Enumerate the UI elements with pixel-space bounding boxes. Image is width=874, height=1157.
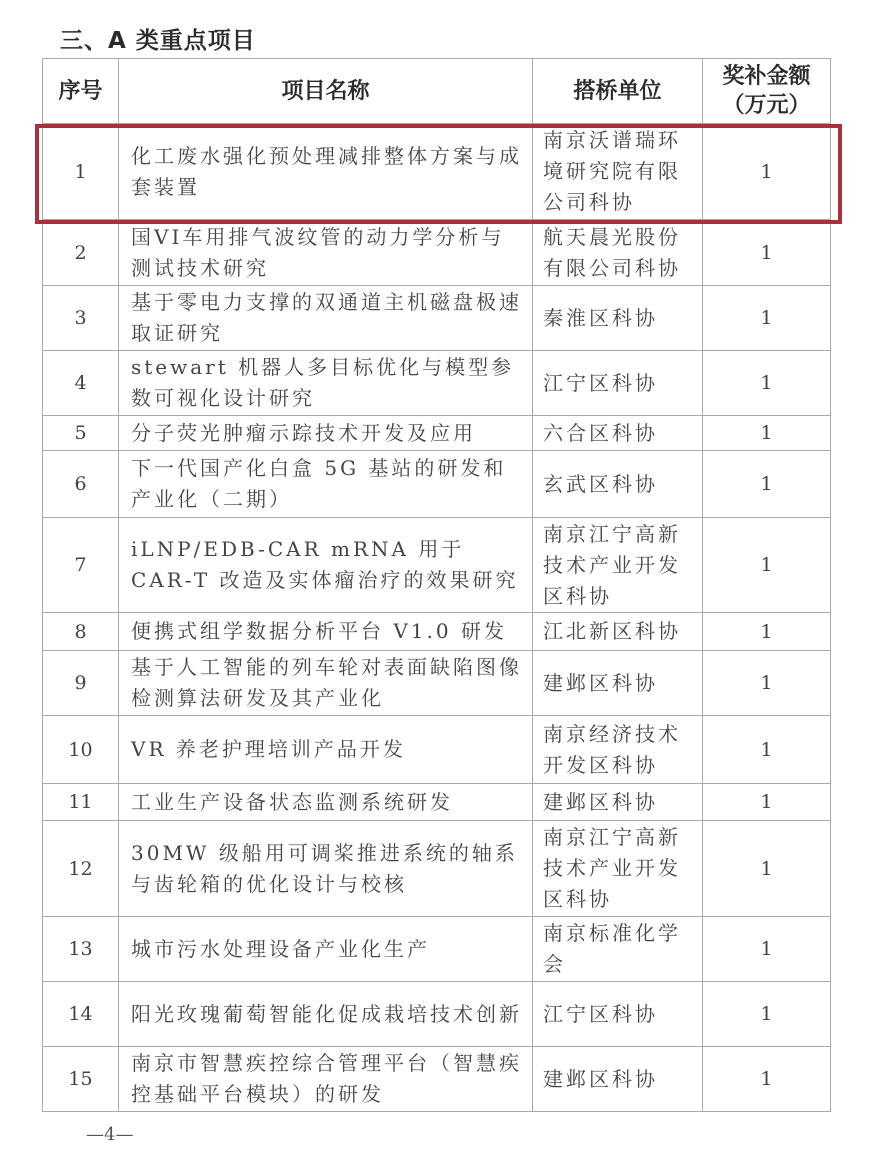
cell-amount: 1 (703, 451, 831, 518)
cell-bridge-unit: 建邺区科协 (533, 784, 703, 821)
cell-bridge-unit: 江北新区科协 (533, 613, 703, 651)
cell-project-name: 便携式组学数据分析平台 V1.0 研发 (119, 613, 533, 651)
cell-amount: 1 (703, 220, 831, 286)
cell-project-name: 城市污水处理设备产业化生产 (119, 917, 533, 982)
cell-index: 9 (43, 651, 119, 716)
header-amount-line1: 奖补金额 (703, 62, 830, 91)
cell-index: 10 (43, 716, 119, 784)
cell-project-name: 工业生产设备状态监测系统研发 (119, 784, 533, 821)
cell-project-name: VR 养老护理培训产品开发 (119, 716, 533, 784)
cell-amount: 1 (703, 917, 831, 982)
cell-project-name: 30MW 级船用可调桨推进系统的轴系与齿轮箱的优化设计与校核 (119, 821, 533, 917)
cell-amount: 1 (703, 613, 831, 651)
cell-amount: 1 (703, 821, 831, 917)
cell-index: 4 (43, 351, 119, 416)
table-row: 5分子荧光肿瘤示踪技术开发及应用六合区科协1 (43, 416, 831, 451)
table-row: 9基于人工智能的列车轮对表面缺陷图像检测算法研发及其产业化建邺区科协1 (43, 651, 831, 716)
cell-amount: 1 (703, 1047, 831, 1112)
cell-amount: 1 (703, 351, 831, 416)
table-row: 7iLNP/EDB-CAR mRNA 用于 CAR-T 改造及实体瘤治疗的效果研… (43, 518, 831, 613)
table-row: 2国VI车用排气波纹管的动力学分析与测试技术研究航天晨光股份有限公司科协1 (43, 220, 831, 286)
cell-index: 12 (43, 821, 119, 917)
cell-index: 14 (43, 982, 119, 1047)
cell-bridge-unit: 南京江宁高新技术产业开发区科协 (533, 518, 703, 613)
cell-bridge-unit: 江宁区科协 (533, 351, 703, 416)
table-row: 1化工废水强化预处理减排整体方案与成套装置南京沃谱瑞环境研究院有限公司科协1 (43, 124, 831, 220)
cell-bridge-unit: 秦淮区科协 (533, 286, 703, 351)
projects-table: 序号 项目名称 搭桥单位 奖补金额 （万元） 1化工废水强化预处理减排整体方案与… (42, 58, 831, 1112)
cell-bridge-unit: 南京沃谱瑞环境研究院有限公司科协 (533, 124, 703, 220)
cell-amount: 1 (703, 784, 831, 821)
page-number: —4— (86, 1124, 133, 1145)
cell-project-name: 国VI车用排气波纹管的动力学分析与测试技术研究 (119, 220, 533, 286)
cell-bridge-unit: 南京经济技术开发区科协 (533, 716, 703, 784)
cell-index: 3 (43, 286, 119, 351)
cell-project-name: 化工废水强化预处理减排整体方案与成套装置 (119, 124, 533, 220)
table-row: 1230MW 级船用可调桨推进系统的轴系与齿轮箱的优化设计与校核南京江宁高新技术… (43, 821, 831, 917)
cell-index: 2 (43, 220, 119, 286)
cell-project-name: 阳光玫瑰葡萄智能化促成栽培技术创新 (119, 982, 533, 1047)
cell-index: 15 (43, 1047, 119, 1112)
cell-bridge-unit: 南京标准化学会 (533, 917, 703, 982)
cell-bridge-unit: 六合区科协 (533, 416, 703, 451)
table-row: 3基于零电力支撑的双通道主机磁盘极速取证研究秦淮区科协1 (43, 286, 831, 351)
cell-bridge-unit: 航天晨光股份有限公司科协 (533, 220, 703, 286)
header-amount: 奖补金额 （万元） (703, 59, 831, 124)
table-row: 15南京市智慧疾控综合管理平台（智慧疾控基础平台模块）的研发建邺区科协1 (43, 1047, 831, 1112)
cell-index: 7 (43, 518, 119, 613)
cell-bridge-unit: 南京江宁高新技术产业开发区科协 (533, 821, 703, 917)
table-row: 10VR 养老护理培训产品开发南京经济技术开发区科协1 (43, 716, 831, 784)
table-row: 4stewart 机器人多目标优化与模型参数可视化设计研究江宁区科协1 (43, 351, 831, 416)
cell-amount: 1 (703, 716, 831, 784)
cell-amount: 1 (703, 518, 831, 613)
cell-index: 6 (43, 451, 119, 518)
cell-bridge-unit: 玄武区科协 (533, 451, 703, 518)
cell-bridge-unit: 江宁区科协 (533, 982, 703, 1047)
header-name: 项目名称 (119, 59, 533, 124)
cell-bridge-unit: 建邺区科协 (533, 651, 703, 716)
cell-index: 13 (43, 917, 119, 982)
cell-project-name: 南京市智慧疾控综合管理平台（智慧疾控基础平台模块）的研发 (119, 1047, 533, 1112)
table-row: 8便携式组学数据分析平台 V1.0 研发江北新区科协1 (43, 613, 831, 651)
cell-project-name: 基于人工智能的列车轮对表面缺陷图像检测算法研发及其产业化 (119, 651, 533, 716)
cell-index: 5 (43, 416, 119, 451)
cell-amount: 1 (703, 124, 831, 220)
cell-amount: 1 (703, 416, 831, 451)
cell-amount: 1 (703, 651, 831, 716)
table-header-row: 序号 项目名称 搭桥单位 奖补金额 （万元） (43, 59, 831, 124)
header-amount-line2: （万元） (703, 91, 830, 120)
cell-project-name: iLNP/EDB-CAR mRNA 用于 CAR-T 改造及实体瘤治疗的效果研究 (119, 518, 533, 613)
cell-project-name: 下一代国产化白盒 5G 基站的研发和产业化（二期） (119, 451, 533, 518)
header-unit: 搭桥单位 (533, 59, 703, 124)
cell-amount: 1 (703, 286, 831, 351)
table-row: 13城市污水处理设备产业化生产南京标准化学会1 (43, 917, 831, 982)
cell-index: 11 (43, 784, 119, 821)
cell-index: 1 (43, 124, 119, 220)
cell-project-name: 基于零电力支撑的双通道主机磁盘极速取证研究 (119, 286, 533, 351)
section-title: 三、A 类重点项目 (60, 22, 256, 55)
cell-project-name: 分子荧光肿瘤示踪技术开发及应用 (119, 416, 533, 451)
cell-bridge-unit: 建邺区科协 (533, 1047, 703, 1112)
header-index: 序号 (43, 59, 119, 124)
cell-project-name: stewart 机器人多目标优化与模型参数可视化设计研究 (119, 351, 533, 416)
table-body: 1化工废水强化预处理减排整体方案与成套装置南京沃谱瑞环境研究院有限公司科协12国… (43, 124, 831, 1112)
table-row: 11工业生产设备状态监测系统研发建邺区科协1 (43, 784, 831, 821)
table-row: 6下一代国产化白盒 5G 基站的研发和产业化（二期）玄武区科协1 (43, 451, 831, 518)
cell-index: 8 (43, 613, 119, 651)
table-row: 14阳光玫瑰葡萄智能化促成栽培技术创新江宁区科协1 (43, 982, 831, 1047)
cell-amount: 1 (703, 982, 831, 1047)
